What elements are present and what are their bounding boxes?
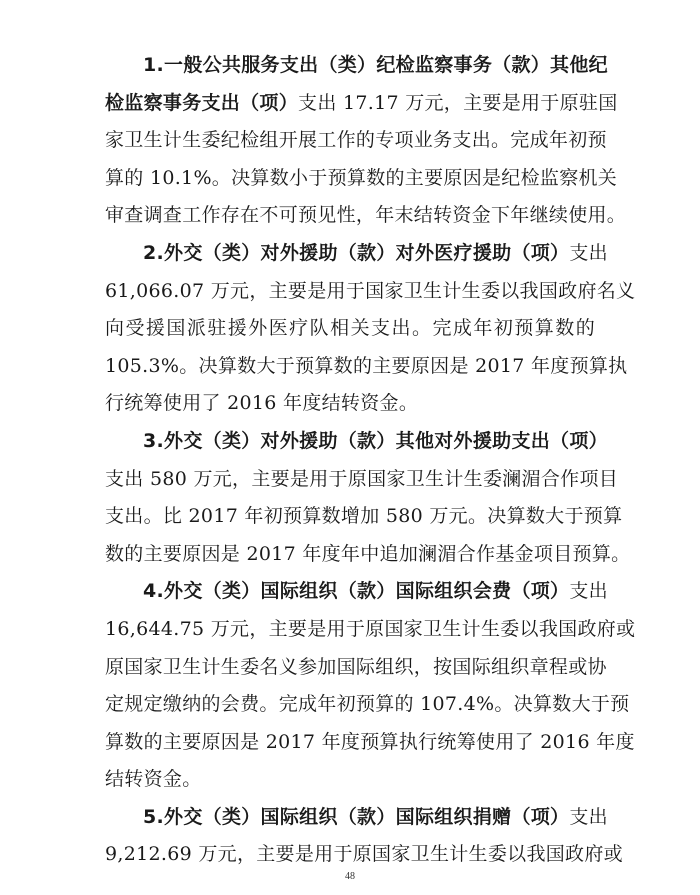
body-text: 原国家卫生计生委名义参加国际组织，按国际组织章程或协 (105, 656, 607, 678)
body-text: 定规定缴纳的会费。完成年初预算的 107.4%。决算数大于预 (105, 693, 630, 715)
body-text: 审查调查工作存在不可预见性，年末结转资金下年继续使用。 (105, 204, 626, 226)
text-line: 向受援国派驻援外医疗队相关支出。完成年初预算数的 (105, 310, 595, 348)
body-text: 支出。比 2017 年初预算数增加 580 万元。决算数大于预算 (105, 505, 622, 527)
document-page: 1.一般公共服务支出（类）纪检监察事务（款）其他纪 检监察事务支出（项）支出 1… (105, 47, 595, 874)
text-line: 数的主要原因是 2017 年度年中追加澜湄合作基金项目预算。 (105, 536, 595, 574)
body-text: 支出 580 万元，主要是用于原国家卫生计生委澜湄合作项目 (105, 468, 618, 490)
body-text: 61,066.07 万元，主要是用于国家卫生计生委以我国政府名义 (105, 280, 635, 302)
heading-text: 1.一般公共服务支出（类）纪检监察事务（款）其他纪 (143, 54, 608, 76)
text-line: 检监察事务支出（项）支出 17.17 万元，主要是用于原驻国 (105, 85, 595, 123)
body-text: 支出 (569, 242, 608, 264)
text-line: 结转资金。 (105, 761, 595, 799)
text-line: 算数的主要原因是 2017 年度预算执行统筹使用了 2016 年度 (105, 724, 595, 762)
paragraph-2: 2.外交（类）对外援助（款）对外医疗援助（项）支出 61,066.07 万元，主… (105, 235, 595, 423)
heading-text: 5.外交（类）国际组织（款）国际组织捐赠（项） (143, 806, 569, 828)
text-line: 105.3%。决算数大于预算数的主要原因是 2017 年度预算执 (105, 348, 595, 386)
text-line: 定规定缴纳的会费。完成年初预算的 107.4%。决算数大于预 (105, 686, 595, 724)
paragraph-3: 3.外交（类）对外援助（款）其他对外援助支出（项） 支出 580 万元，主要是用… (105, 423, 595, 573)
text-line: 原国家卫生计生委名义参加国际组织，按国际组织章程或协 (105, 649, 595, 687)
body-text: 16,644.75 万元，主要是用于原国家卫生计生委以我国政府或 (105, 618, 635, 640)
paragraph-4: 4.外交（类）国际组织（款）国际组织会费（项）支出 16,644.75 万元，主… (105, 573, 595, 799)
body-text: 支出 17.17 万元，主要是用于原驻国 (298, 92, 617, 114)
text-line: 3.外交（类）对外援助（款）其他对外援助支出（项） (105, 423, 595, 461)
body-text: 家卫生计生委纪检组开展工作的专项业务支出。完成年初预 (105, 129, 607, 151)
text-line: 行统筹使用了 2016 年度结转资金。 (105, 385, 595, 423)
paragraph-1: 1.一般公共服务支出（类）纪检监察事务（款）其他纪 检监察事务支出（项）支出 1… (105, 47, 595, 235)
text-line: 61,066.07 万元，主要是用于国家卫生计生委以我国政府名义 (105, 273, 595, 311)
text-line: 家卫生计生委纪检组开展工作的专项业务支出。完成年初预 (105, 122, 595, 160)
heading-text: 4.外交（类）国际组织（款）国际组织会费（项） (143, 580, 569, 602)
text-line: 5.外交（类）国际组织（款）国际组织捐赠（项）支出 (105, 799, 595, 837)
heading-text: 2.外交（类）对外援助（款）对外医疗援助（项） (143, 242, 569, 264)
text-line: 1.一般公共服务支出（类）纪检监察事务（款）其他纪 (105, 47, 595, 85)
body-text: 向受援国派驻援外医疗队相关支出。完成年初预算数的 (105, 317, 595, 339)
page-number: 48 (0, 871, 700, 882)
body-text: 结转资金。 (105, 768, 202, 790)
heading-text: 3.外交（类）对外援助（款）其他对外援助支出（项） (143, 430, 608, 452)
text-line: 4.外交（类）国际组织（款）国际组织会费（项）支出 (105, 573, 595, 611)
body-text: 算数的主要原因是 2017 年度预算执行统筹使用了 2016 年度 (105, 731, 635, 753)
text-line: 算的 10.1%。决算数小于预算数的主要原因是纪检监察机关 (105, 160, 595, 198)
body-text: 支出 (569, 806, 608, 828)
heading-text: 检监察事务支出（项） (105, 92, 298, 114)
body-text: 行统筹使用了 2016 年度结转资金。 (105, 392, 418, 414)
body-text: 算的 10.1%。决算数小于预算数的主要原因是纪检监察机关 (105, 167, 617, 189)
text-line: 9,212.69 万元，主要是用于原国家卫生计生委以我国政府或 (105, 836, 595, 874)
text-line: 16,644.75 万元，主要是用于原国家卫生计生委以我国政府或 (105, 611, 595, 649)
text-line: 支出 580 万元，主要是用于原国家卫生计生委澜湄合作项目 (105, 461, 595, 499)
text-line: 2.外交（类）对外援助（款）对外医疗援助（项）支出 (105, 235, 595, 273)
body-text: 105.3%。决算数大于预算数的主要原因是 2017 年度预算执 (105, 355, 627, 377)
body-text: 9,212.69 万元，主要是用于原国家卫生计生委以我国政府或 (105, 843, 623, 865)
body-text: 支出 (569, 580, 608, 602)
body-text: 数的主要原因是 2017 年度年中追加澜湄合作基金项目预算。 (105, 543, 630, 565)
text-line: 支出。比 2017 年初预算数增加 580 万元。决算数大于预算 (105, 498, 595, 536)
paragraph-5: 5.外交（类）国际组织（款）国际组织捐赠（项）支出 9,212.69 万元，主要… (105, 799, 595, 874)
text-line: 审查调查工作存在不可预见性，年末结转资金下年继续使用。 (105, 197, 595, 235)
